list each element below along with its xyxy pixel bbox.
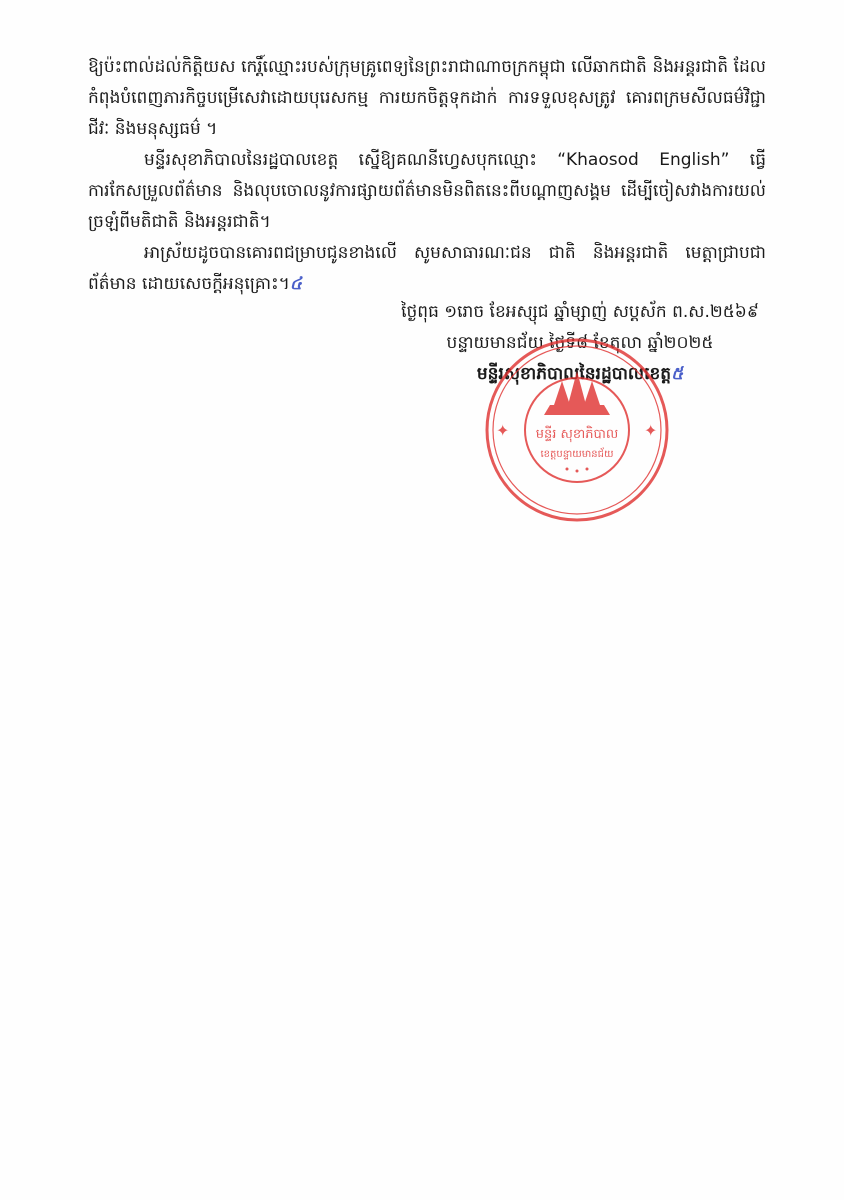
paragraph-3-text: អាស្រ័យដូចបានគោរពជម្រាបជូនខាងលើ សូមសាធារ… [88,243,766,294]
paragraph-continuation: ឱ្យប៉ះពាល់ដល់កិត្តិយស កេរ្តិ៍ឈ្មោះរបស់ក្… [88,52,766,145]
paragraph-request: មន្ទីរសុខាភិបាលនៃរដ្ឋបាលខេត្ត ស្នើឱ្យគណន… [88,145,766,238]
solar-date: បន្ទាយមានជ័យ ថ្ងៃទី៨ ខែតុលា ឆ្នាំ២០២៥ [380,328,780,359]
signing-office: មន្ទីរសុខាភិបាលនៃរដ្ឋបាលខេត្ត៥ [380,359,780,390]
office-name: មន្ទីរសុខាភិបាលនៃរដ្ឋបាលខេត្ត [477,364,671,384]
stamp-inner-line-1: មន្ទីរ សុខាភិបាល [536,425,619,443]
svg-text:✦: ✦ [496,421,509,440]
paragraph-2-text: មន្ទីរសុខាភិបាលនៃរដ្ឋបាលខេត្ត ស្នើឱ្យគណន… [88,150,766,232]
office-initial-mark: ៥ [671,364,683,384]
paragraph-closing: អាស្រ័យដូចបានគោរពជម្រាបជូនខាងលើ សូមសាធារ… [88,238,766,300]
document-page: ឱ្យប៉ះពាល់ដល់កិត្តិយស កេរ្តិ៍ឈ្មោះរបស់ក្… [0,0,844,1200]
paragraph-1-text: ឱ្យប៉ះពាល់ដល់កិត្តិយស កេរ្តិ៍ឈ្មោះរបស់ក្… [88,57,766,139]
svg-text:✦: ✦ [644,421,657,440]
lunar-date: ថ្ងៃពុធ ១រោច ខែអស្សុជ ឆ្នាំម្សាញ់ សប្តស័… [380,297,780,328]
stamp-inner-line-2: ខេត្តបន្ទាយមានជ័យ [541,447,614,460]
initial-mark: ៤ [290,274,302,294]
